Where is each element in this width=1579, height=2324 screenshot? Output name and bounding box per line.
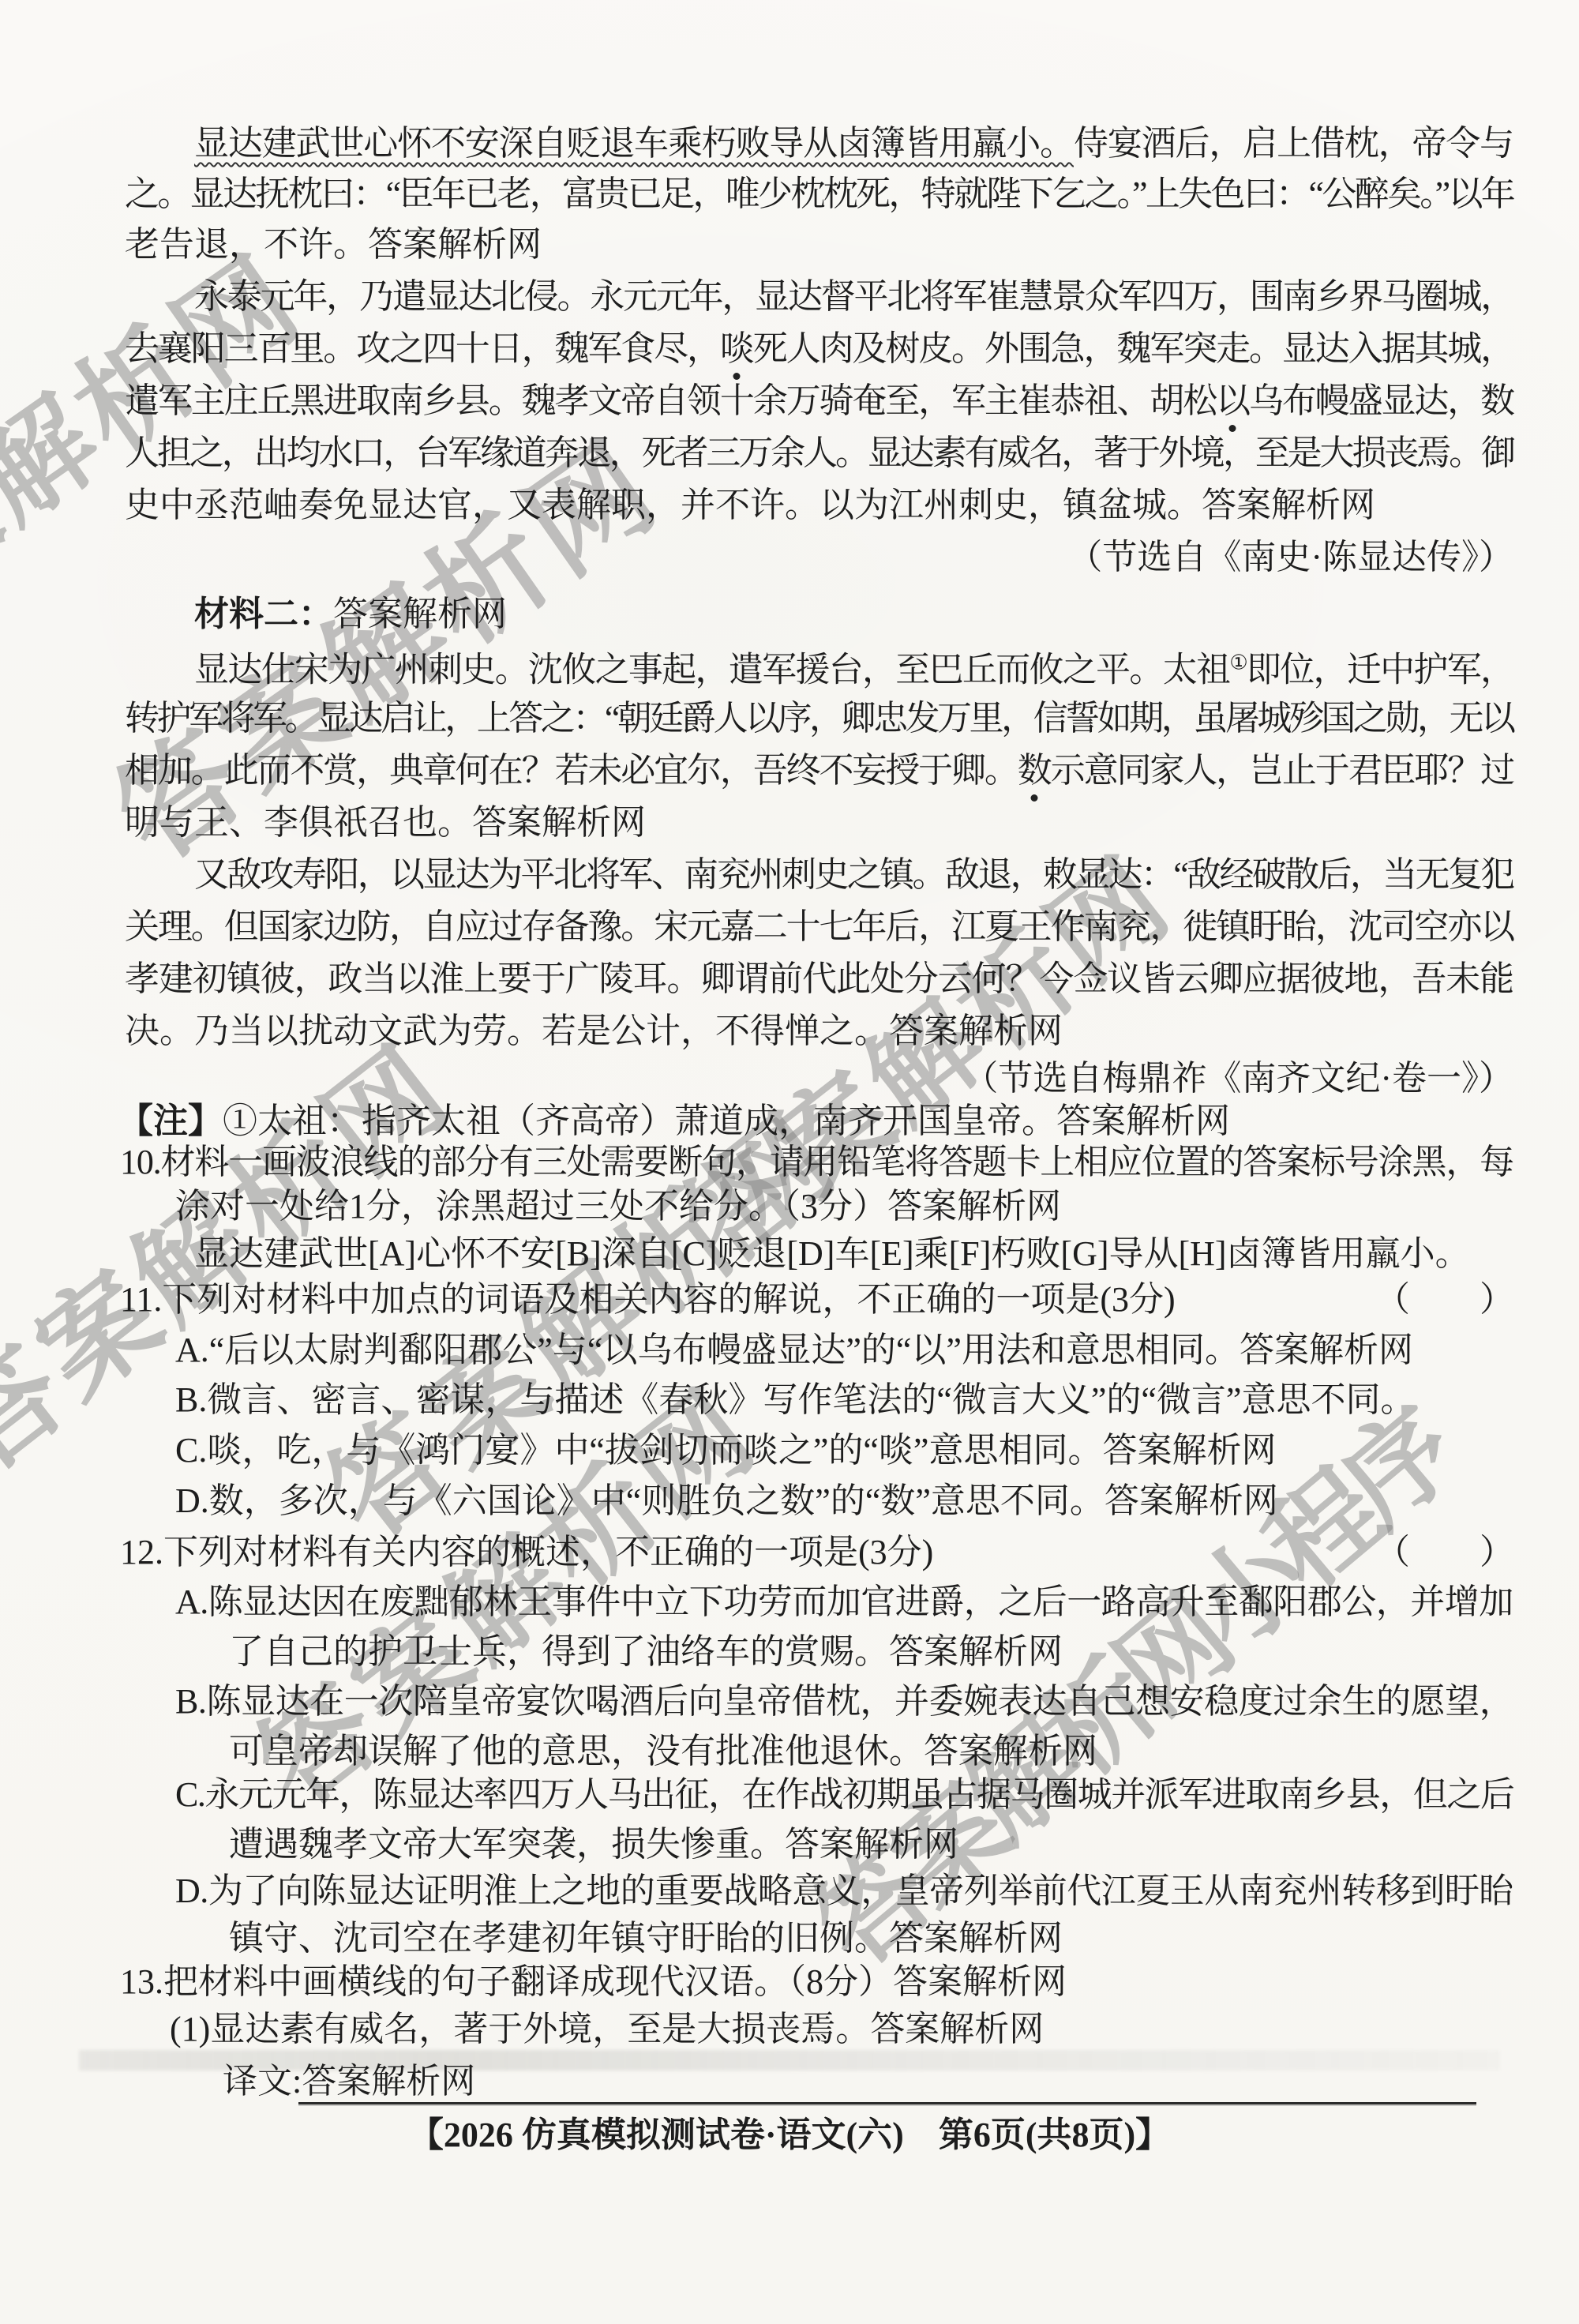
text-segment: 啖 xyxy=(720,329,753,368)
text-segment: 显达建武世心怀不安深自贬退车乘朽败导从卤簿皆用羸小。 xyxy=(194,124,1074,163)
passage2-line4: 明与王、李俱祇召也。答案解析网 xyxy=(125,802,646,844)
passage2-line7: 孝建初镇彼，政当以淮上要于广陵耳。卿谓前代此处分云何？今佥议皆云卿应据彼地，吾未… xyxy=(125,958,1513,1001)
text-segment: 去襄阳三百里。攻之四十日，魏军食尽， xyxy=(125,329,720,368)
text-segment: 材料二： xyxy=(194,595,333,633)
q12-option-a-line2: 了自己的护卫士兵，得到了油络车的赏赐。答案解析网 xyxy=(229,1631,1063,1673)
q12-option-d-line1: D.为了向陈显达证明淮上之地的重要战略意义，皇帝列举前代江夏王从南兖州转移到盱眙 xyxy=(175,1870,1513,1913)
q11-answer-blank: （ ） xyxy=(1375,1278,1514,1321)
passage1-line8: 史中丞范岫奏免显达官，又表解职，并不许。以为江州刺史，镇盆城。答案解析网 xyxy=(125,484,1375,527)
text-segment: D.数，多次，与《六国论》中“则胜负之数”的“数”意思不同。 xyxy=(175,1481,1105,1520)
text-segment: 相加。此而不赏，典章何在？若未必宜尔，吾终不妄授于卿。 xyxy=(125,751,1018,790)
q11-stem: 11.下列对材料中加点的词语及相关内容的解说，不正确的一项是(3分) xyxy=(120,1278,1176,1321)
material2-heading: 材料二：答案解析网 xyxy=(194,593,507,636)
q13-stem: 13.把材料中画横线的句子翻译成现代汉语。（8分）答案解析网 xyxy=(120,1961,1067,2003)
inline-site-text: 答案解析网 xyxy=(302,2062,475,2101)
text-segment: 人担之，出均水口，台军缘道奔退，死者三万余人。 xyxy=(125,434,868,472)
q12-stem: 12.下列对材料有关内容的概述，不正确的一项是(3分) xyxy=(120,1531,933,1574)
passage1-line2: 之。显达抚枕曰：“臣年已老，富贵已足，唯少枕枕死，特就陛下乞之。”上失色曰：“公… xyxy=(125,173,1513,216)
text-segment: 永泰元年，乃遣显达北侵。永元元年，显达督平北将军崔慧景众军四万，围南乡界马圈城， xyxy=(194,277,1513,316)
text-segment: 显达建武世[A]心怀不安[B]深自[C]贬退[D]车[E]乘[F]朽败[G]导从… xyxy=(194,1234,1470,1273)
text-segment: 镇守、沈司空在孝建初年镇守盱眙的旧例。 xyxy=(229,1919,889,1958)
passage2-line1: 显达仕宋为广州刺史。沈攸之事起，遣军援台，至巴丘而攸之平。太祖①即位，迁中护军， xyxy=(194,642,1513,692)
q11-option-d: D.数，多次，与《六国论》中“则胜负之数”的“数”意思不同。答案解析网 xyxy=(175,1480,1278,1522)
q11-option-b: B.微言、密言、密谋，与描述《春秋》写作笔法的“微言大义”的“微言”意思不同。 xyxy=(175,1379,1415,1421)
q12-option-b-line1: B.陈显达在一次陪皇帝宴饮喝酒后向皇帝借枕，并委婉表达自己想安稳度过余生的愿望， xyxy=(175,1680,1513,1723)
text-segment: A.陈显达因在废黜郁林王事件中立下功劳而加官进爵，之后一路高升至鄱阳郡公，并增加 xyxy=(175,1582,1513,1621)
text-segment: 【注】 xyxy=(118,1102,223,1140)
inline-site-text: 答案解析网 xyxy=(333,595,507,633)
text-segment: 侍宴酒后，启上借枕，帝令与 xyxy=(1074,124,1513,163)
q10-sentence: 显达建武世[A]心怀不安[B]深自[C]贬退[D]车[E]乘[F]朽败[G]导从… xyxy=(194,1233,1513,1275)
text-segment: 示意同家人，岂止于君臣耶？过 xyxy=(1051,751,1513,790)
text-segment: 可皇帝却误解了他的意思，没有批准他退休。 xyxy=(229,1732,924,1770)
passage2-line5: 又敌攻寿阳，以显达为平北将军、南兖州刺史之镇。敌退，敕显达：“敌经破散后，当无复… xyxy=(194,854,1513,896)
inline-site-text: 答案解析网 xyxy=(889,1012,1063,1050)
text-segment: 显达素有威名，著于外境，至是大损丧焉。 xyxy=(868,434,1481,472)
text-segment: （ ） xyxy=(1375,1280,1514,1319)
text-segment: 决。乃当以扰动文武为劳。若是公计，不得惮之。 xyxy=(125,1012,889,1050)
text-segment: (1)显达素有威名，著于外境，至是大损丧焉。 xyxy=(170,2010,870,2048)
inline-site-text: 答案解析网 xyxy=(893,1962,1067,2001)
passage2-line6: 关理。但国家边防，自应过存备豫。宋元嘉二十七年后，江夏王作南兖，徙镇盱眙，沈司空… xyxy=(125,906,1513,948)
passage1-line3: 老告退，不许。答案解析网 xyxy=(125,223,542,266)
text-segment: 老告退，不许。 xyxy=(125,225,368,264)
q12-option-d-line2: 镇守、沈司空在孝建初年镇守盱眙的旧例。答案解析网 xyxy=(229,1917,1063,1960)
translation-answer-line xyxy=(298,2102,1476,2104)
text-segment: 即位，迁中护军， xyxy=(1247,651,1513,689)
q10-stem-line2: 涂对一处给1分，涂黑超过三处不给分。（3分）答案解析网 xyxy=(175,1185,1061,1228)
exam-paper-page: 答案解析网答案解析网答案解析网答案解析网答案解析网答案解析网答案解析网小程序 显… xyxy=(0,0,1579,2324)
text-segment: C.啖，吃，与《鸿门宴》中“拔剑切而啖之”的“啖”意思相同。 xyxy=(175,1431,1102,1470)
text-segment: B.陈显达在一次陪皇帝宴饮喝酒后向皇帝借枕，并委婉表达自己想安稳度过余生的愿望， xyxy=(175,1682,1513,1721)
q13-sub1: (1)显达素有威名，著于外境，至是大损丧焉。答案解析网 xyxy=(170,2008,1044,2051)
text-segment: 涂对一处给1分，涂黑超过三处不给分。（3分） xyxy=(175,1187,887,1226)
inline-site-text: 答案解析网 xyxy=(472,803,646,842)
text-segment: 遣军主庄丘黑进取南乡县。魏孝文帝自领十余万骑奄至，军主崔恭祖、胡松 xyxy=(125,381,1216,420)
passage1-line1: 显达建武世心怀不安深自贬退车乘朽败导从卤簿皆用羸小。侍宴酒后，启上借枕，帝令与 xyxy=(194,122,1513,165)
q13-translation-label: 译文:答案解析网 xyxy=(223,2060,475,2103)
text-segment: 了自己的护卫士兵，得到了油络车的赏赐。 xyxy=(229,1632,889,1671)
q12-option-c-line1: C.永元元年，陈显达率四万人马出征，在作战初期虽占据马圈城并派军进取南乡县，但之… xyxy=(175,1774,1513,1816)
text-segment: 显达仕宋为广州刺史。沈攸之事起，遣军援台，至巴丘而攸之平。太祖 xyxy=(194,651,1229,689)
passage1-line6: 遣军主庄丘黑进取南乡县。魏孝文帝自领十余万骑奄至，军主崔恭祖、胡松以乌布幔盛显达… xyxy=(125,380,1513,422)
inline-site-text: 答案解析网 xyxy=(785,1825,958,1864)
q12-answer-blank: （ ） xyxy=(1375,1531,1514,1574)
text-segment: 又敌攻寿阳，以显达为平北将军、南兖州刺史之镇。敌退，敕显达：“ xyxy=(194,855,1187,894)
q12-option-b-line2: 可皇帝却误解了他的意思，没有批准他退休。答案解析网 xyxy=(229,1730,1097,1773)
text-segment: 转护军将军。显达启让，上答之：“朝廷爵人以序，卿忠发万里，信誓如期，虽屠城殄国之… xyxy=(125,699,1513,738)
text-segment: C.永元元年，陈显达率四万人马出征，在作战初期虽占据马圈城并派军进取南乡县，但之… xyxy=(175,1775,1513,1814)
inline-site-text: 答案解析网 xyxy=(924,1732,1097,1770)
text-segment: （节选自《南史·陈显达传》） xyxy=(1067,538,1513,576)
inline-site-text: 答案解析网 xyxy=(1202,486,1375,524)
passage1-line7: 人担之，出均水口，台军缘道奔退，死者三万余人。显达素有威名，著于外境，至是大损丧… xyxy=(125,432,1513,475)
text-segment: 译文: xyxy=(223,2062,302,2101)
text-segment: 之。显达抚枕曰：“臣年已老，富贵已足，唯少枕枕死，特就陛下乞之。”上失色曰：“公… xyxy=(125,175,1513,213)
passage1-line4: 永泰元年，乃遣显达北侵。永元元年，显达督平北将军崔慧景众军四万，围南乡界马圈城， xyxy=(194,276,1513,318)
text-segment: 关理。但国家边防，自应过存备豫。 xyxy=(125,907,654,946)
text-segment: 敌经破散后，当无复犯 xyxy=(1187,855,1513,894)
text-segment: 宋元嘉二十七年后，江夏王作南兖，徙镇盱眙，沈司空亦以 xyxy=(654,907,1513,946)
text-segment: 12.下列对材料有关内容的概述，不正确的一项是(3分) xyxy=(120,1533,933,1571)
q11-option-a: A.“后以太尉判鄱阳郡公”与“以乌布幔盛显达”的“以”用法和意思相同。答案解析网 xyxy=(175,1329,1413,1372)
text-segment: 【2026 仿真模拟测试卷·语文(六) 第6页(共8页)】 xyxy=(409,2116,1170,2154)
inline-site-text: 答案解析网 xyxy=(1105,1481,1278,1520)
text-segment: 以 xyxy=(1216,381,1249,420)
text-segment: 10.材料一画波浪线的部分有三处需要断句，请用铅笔将答题卡上相应位置的答案标号涂… xyxy=(120,1143,1513,1181)
q12-option-c-line2: 遭遇魏孝文帝大军突袭，损失惨重。答案解析网 xyxy=(229,1823,958,1866)
text-segment: 数 xyxy=(1018,751,1051,790)
text-segment: 御 xyxy=(1481,434,1513,472)
text-segment: （节选自梅鼎祚《南齐文纪·卷一》） xyxy=(963,1059,1513,1098)
passage1-source: （节选自《南史·陈显达传》） xyxy=(125,536,1513,579)
text-segment: 史中丞范岫奏免显达官，又表解职，并不许。以为江州刺史，镇盆城。 xyxy=(125,486,1202,524)
text-segment: 死人肉及树皮。外围急，魏军突走。显达入据其城， xyxy=(753,329,1513,368)
inline-site-text: 答案解析网 xyxy=(870,2010,1044,2048)
text-segment: （ ） xyxy=(1375,1533,1514,1571)
text-segment: 11.下列对材料中加点的词语及相关内容的解说，不正确的一项是(3分) xyxy=(120,1280,1176,1319)
note-line: 【注】①太祖：指齐太祖（齐高帝）萧道成，南齐开国皇帝。答案解析网 xyxy=(118,1100,1230,1143)
inline-site-text: 答案解析网 xyxy=(368,225,542,264)
passage2-line2: 转护军将军。显达启让，上答之：“朝廷爵人以序，卿忠发万里，信誓如期，虽屠城殄国之… xyxy=(125,697,1513,740)
q11-option-c: C.啖，吃，与《鸿门宴》中“拔剑切而啖之”的“啖”意思相同。答案解析网 xyxy=(175,1429,1276,1472)
inline-site-text: 答案解析网 xyxy=(889,1632,1063,1671)
text-segment: B.微言、密言、密谋，与描述《春秋》写作笔法的“微言大义”的“微言”意思不同。 xyxy=(175,1380,1415,1419)
passage2-line3: 相加。此而不赏，典章何在？若未必宜尔，吾终不妄授于卿。数示意同家人，岂止于君臣耶… xyxy=(125,749,1513,792)
passage1-line5: 去襄阳三百里。攻之四十日，魏军食尽，啖死人肉及树皮。外围急，魏军突走。显达入据其… xyxy=(125,328,1513,370)
text-segment: ①太祖：指齐太祖（齐高帝）萧道成，南齐开国皇帝。 xyxy=(223,1102,1056,1140)
text-segment: 孝建初镇彼，政当以淮上要于广陵耳。卿谓前代此处分云何？今佥议皆云卿应据彼地，吾未… xyxy=(125,959,1513,998)
inline-site-text: 答案解析网 xyxy=(1102,1431,1276,1470)
inline-site-text: 答案解析网 xyxy=(889,1919,1063,1958)
text-segment: 遭遇魏孝文帝大军突袭，损失惨重。 xyxy=(229,1825,785,1864)
q10-stem-line1: 10.材料一画波浪线的部分有三处需要断句，请用铅笔将答题卡上相应位置的答案标号涂… xyxy=(120,1141,1513,1184)
passage2-source: （节选自梅鼎祚《南齐文纪·卷一》） xyxy=(125,1057,1513,1100)
text-segment: 13.把材料中画横线的句子翻译成现代汉语。（8分） xyxy=(120,1962,893,2001)
text-segment: ① xyxy=(1229,651,1247,674)
inline-site-text: 答案解析网 xyxy=(887,1187,1061,1226)
text-segment: A.“后以太尉判鄱阳郡公”与“以乌布幔盛显达”的“以”用法和意思相同。 xyxy=(175,1331,1240,1369)
inline-site-text: 答案解析网 xyxy=(1056,1102,1230,1140)
q12-option-a-line1: A.陈显达因在废黜郁林王事件中立下功劳而加官进爵，之后一路高升至鄱阳郡公，并增加 xyxy=(175,1581,1513,1624)
text-segment: 明与王、李俱祇召也。 xyxy=(125,803,472,842)
text-segment: D.为了向陈显达证明淮上之地的重要战略意义，皇帝列举前代江夏王从南兖州转移到盱眙 xyxy=(175,1872,1513,1910)
text-segment: 乌布幔盛显达，数 xyxy=(1249,381,1513,420)
inline-site-text: 答案解析网 xyxy=(1240,1331,1413,1369)
page-footer: 【2026 仿真模拟测试卷·语文(六) 第6页(共8页)】 xyxy=(103,2114,1476,2157)
passage2-line8: 决。乃当以扰动文武为劳。若是公计，不得惮之。答案解析网 xyxy=(125,1010,1063,1053)
